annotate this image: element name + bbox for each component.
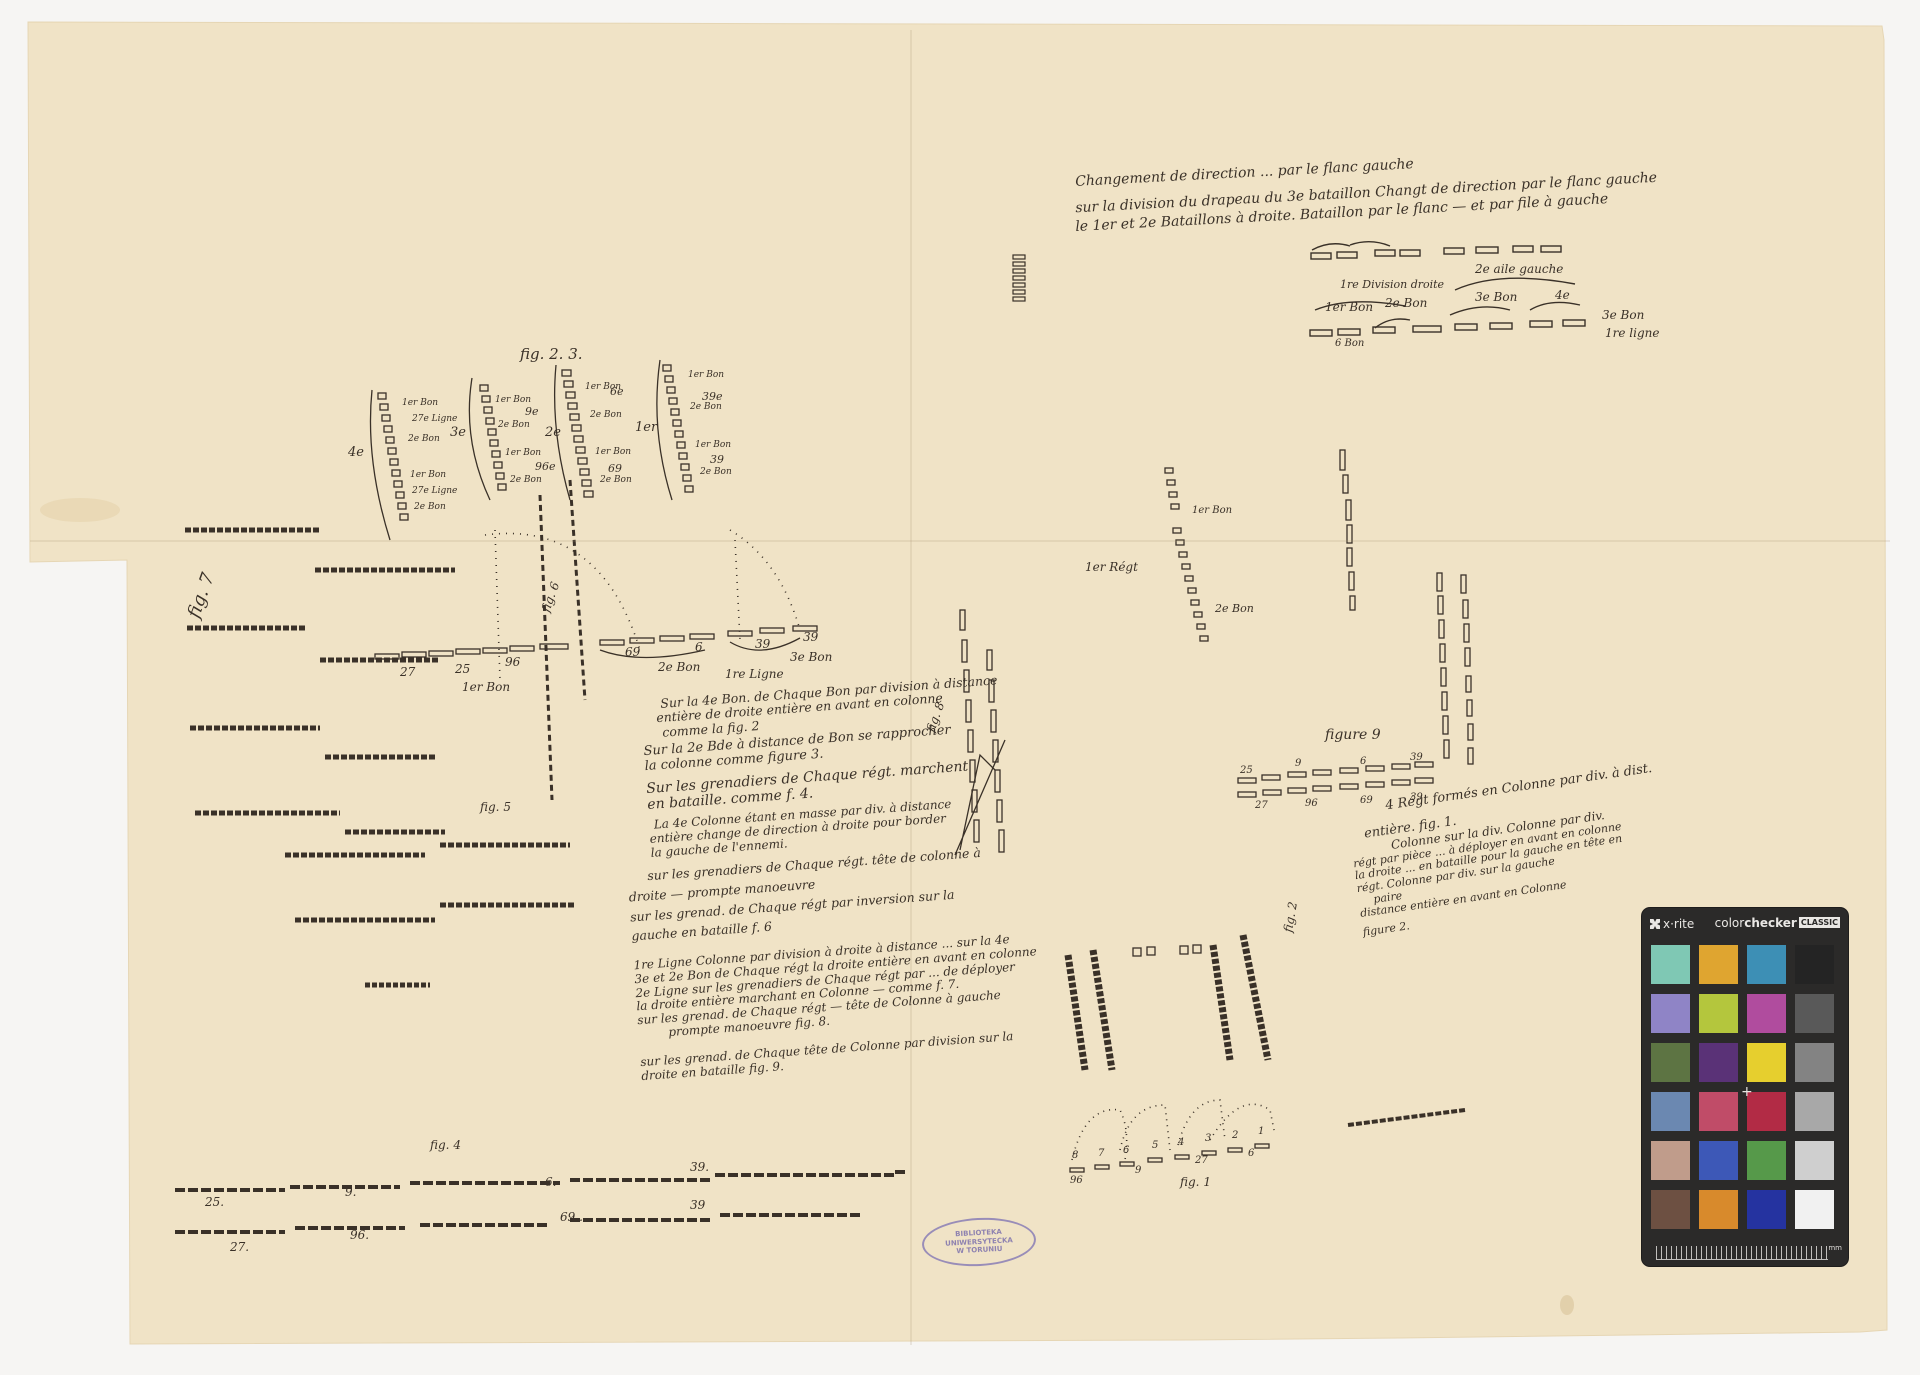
label-6-bon: 6 Bon xyxy=(1335,338,1364,349)
color-patch xyxy=(1699,1190,1738,1229)
col4-27e: 27e Ligne xyxy=(412,414,457,424)
color-patch xyxy=(1747,945,1786,984)
fig1-96: 96 xyxy=(1070,1175,1083,1186)
fig9-25: 25 xyxy=(1240,765,1253,776)
fig1-9: 9 xyxy=(1135,1165,1141,1176)
col2-69: 69 xyxy=(608,462,622,475)
col1-2e-bon-b: 2e Bon xyxy=(700,467,732,477)
color-patch xyxy=(1651,1043,1690,1082)
col2-2e-bon: 2e Bon xyxy=(590,410,622,420)
bottom1-6: 6. xyxy=(545,1175,556,1189)
center-2e-bon: 2e Bon xyxy=(658,660,700,674)
fig9-96: 96 xyxy=(1305,798,1318,809)
col3-96e: 96e xyxy=(535,460,556,473)
fig9-39: 39 xyxy=(1410,752,1423,763)
ruler-unit: mm xyxy=(1828,1244,1842,1252)
fig1-4: 4 xyxy=(1178,1137,1184,1148)
color-patch xyxy=(1795,1141,1834,1180)
crosshair-icon: + xyxy=(1741,1084,1753,1100)
colorchecker-title: colorcheckerCLASSIC xyxy=(1715,916,1840,930)
color-patch xyxy=(1651,1190,1690,1229)
bottom2-96: 96. xyxy=(350,1228,369,1242)
color-patch xyxy=(1699,1141,1738,1180)
color-patch xyxy=(1747,1190,1786,1229)
color-patch xyxy=(1699,945,1738,984)
figure-label-5: fig. 5 xyxy=(480,800,511,814)
label-4e: 4e xyxy=(1555,288,1570,302)
xrite-brand-text: x·rite xyxy=(1663,917,1694,931)
fig1-6: 6 xyxy=(1123,1145,1129,1156)
center-6: 6 xyxy=(695,640,703,654)
fig1-5: 5 xyxy=(1152,1140,1158,1151)
col1-1er-bon-b: 1er Bon xyxy=(695,440,731,450)
col4-2e-bon-b: 2e Bon xyxy=(414,502,446,512)
center-1re-ligne: 1re Ligne xyxy=(725,667,784,681)
color-patch xyxy=(1699,1092,1738,1131)
label-1re-division: 1re Division droite xyxy=(1340,278,1444,291)
color-patch xyxy=(1747,994,1786,1033)
color-checker-card: x·rite colorcheckerCLASSIC + mm xyxy=(1642,908,1848,1266)
bottom2-39: 39 xyxy=(690,1198,705,1212)
label-1er-regt: 1er Régt xyxy=(1085,560,1138,574)
label-2e-bon: 2e Bon xyxy=(1385,296,1427,310)
center-25: 25 xyxy=(455,662,470,676)
bottom1-9: 9. xyxy=(345,1185,356,1199)
product-name-bold: checker xyxy=(1744,916,1797,930)
color-patch xyxy=(1747,1141,1786,1180)
center-39b: 39 xyxy=(803,630,818,644)
instructions-middle: Sur la 4e Bon. de Chaque Bon par divisio… xyxy=(615,672,1044,1084)
mm-ruler xyxy=(1656,1246,1828,1260)
center-1er-bon: 1er Bon xyxy=(462,680,510,694)
fig1-6b: 6 xyxy=(1248,1148,1254,1159)
col3-2e-bon: 2e Bon xyxy=(498,420,530,430)
color-patch xyxy=(1699,994,1738,1033)
color-patch xyxy=(1699,1043,1738,1082)
document-scan: Changement de direction ... par le flanc… xyxy=(0,0,1920,1375)
xrite-icon xyxy=(1650,919,1660,929)
fig9-9: 9 xyxy=(1295,758,1301,769)
edition-badge: CLASSIC xyxy=(1799,917,1840,928)
bottom2-69: 69.. xyxy=(560,1210,583,1224)
bottom1-39: 39. xyxy=(690,1160,709,1174)
col3-label: 3e xyxy=(450,425,466,440)
figure-label-1: fig. 1 xyxy=(1180,1175,1211,1189)
label-2e-aile-gauche: 2e aile gauche xyxy=(1475,262,1563,276)
col3-2e-bon-b: 2e Bon xyxy=(510,475,542,485)
col4-2e-bon: 2e Bon xyxy=(408,434,440,444)
col1-39: 39 xyxy=(710,453,724,466)
color-patch xyxy=(1747,1092,1786,1131)
col1-label: 1er xyxy=(635,420,657,435)
col4-1er-bon: 1er Bon xyxy=(402,398,438,408)
center-96: 96 xyxy=(505,655,520,669)
label-regt-1er-bon: 1er Bon xyxy=(1192,505,1232,516)
color-patch xyxy=(1795,1043,1834,1082)
col2-1er-bon-b: 1er Bon xyxy=(595,447,631,457)
label-1re-ligne: 1re ligne xyxy=(1605,326,1659,340)
col4-1er-bon-b: 1er Bon xyxy=(410,470,446,480)
figure-label-4: fig. 4 xyxy=(430,1138,461,1152)
label-3e-bon-right: 3e Bon xyxy=(1602,308,1644,322)
center-69: 69 xyxy=(625,645,640,659)
label-3e-bon: 3e Bon xyxy=(1475,290,1517,304)
figure-label-2-3: fig. 2. 3. xyxy=(520,345,583,363)
col1-1er-bon: 1er Bon xyxy=(688,370,724,380)
bottom1-25: 25. xyxy=(205,1195,224,1209)
fig1-2: 2 xyxy=(1232,1130,1238,1141)
fig9-27: 27 xyxy=(1255,800,1268,811)
col4-27e-b: 27e Ligne xyxy=(412,486,457,496)
center-27: 27 xyxy=(400,665,415,679)
fig1-7: 7 xyxy=(1098,1148,1104,1159)
fold-line-horizontal xyxy=(30,540,1890,542)
col3-9e: 9e xyxy=(525,405,539,418)
col2-2e-bon-b: 2e Bon xyxy=(600,475,632,485)
color-patch xyxy=(1795,945,1834,984)
col3-1er-bon-b: 1er Bon xyxy=(505,448,541,458)
color-patch xyxy=(1651,994,1690,1033)
center-39a: 39 xyxy=(755,637,770,651)
color-patch xyxy=(1795,1190,1834,1229)
col2-label: 2e xyxy=(545,425,561,440)
color-patch xyxy=(1795,1092,1834,1131)
center-3e-bon: 3e Bon xyxy=(790,650,832,664)
xrite-logo: x·rite xyxy=(1650,917,1694,931)
color-patch xyxy=(1651,1141,1690,1180)
fig1-27: 27 xyxy=(1195,1155,1208,1166)
fig1-8: 8 xyxy=(1072,1150,1078,1161)
label-1er-bon: 1er Bon xyxy=(1325,300,1373,314)
label-regt-2e-bon: 2e Bon xyxy=(1215,602,1254,615)
col2-6e: 6e xyxy=(610,385,624,398)
col3-1er-bon: 1er Bon xyxy=(495,395,531,405)
col1-2e-bon: 2e Bon xyxy=(690,402,722,412)
color-patch xyxy=(1795,994,1834,1033)
bottom2-27: 27. xyxy=(230,1240,249,1254)
color-patch xyxy=(1651,1092,1690,1131)
fig9-6: 6 xyxy=(1360,756,1366,767)
fig1-3: 3 xyxy=(1205,1133,1211,1144)
color-patch xyxy=(1651,945,1690,984)
product-name-light: color xyxy=(1715,916,1745,930)
fig1-1: 1 xyxy=(1258,1126,1264,1137)
figure-label-9: figure 9 xyxy=(1325,727,1381,743)
col4-label: 4e xyxy=(348,445,364,460)
color-patch xyxy=(1747,1043,1786,1082)
